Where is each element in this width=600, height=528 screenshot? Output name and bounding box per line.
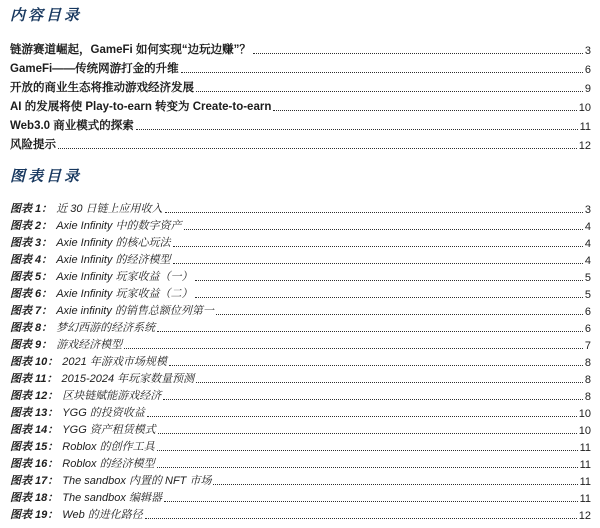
dot-leader <box>163 399 583 400</box>
entry-label: 2015-2024 年玩家数量预测 <box>61 370 194 386</box>
entry-page-number: 6 <box>585 64 591 76</box>
figure-toc-entry[interactable]: 图表 15： Roblox 的创作工具 11 <box>10 437 591 454</box>
figure-entry-number: 图表 10： <box>10 353 58 369</box>
entry-page-number: 4 <box>585 255 591 267</box>
figure-entry-number: 图表 19： <box>10 506 58 522</box>
entry-label: Web3.0 商业模式的探索 <box>10 117 134 133</box>
figure-entry-number: 图表 5： <box>10 268 52 284</box>
entry-page-number: 7 <box>585 340 591 352</box>
figure-toc-entry[interactable]: 图表 10： 2021 年游戏市场规模 8 <box>10 352 591 369</box>
entry-page-number: 3 <box>585 45 591 57</box>
dot-leader <box>145 518 577 519</box>
figure-toc-entry[interactable]: 图表 11： 2015-2024 年玩家数量预测 8 <box>10 369 591 386</box>
figure-entry-number: 图表 18： <box>10 489 58 505</box>
entry-label: GameFi——传统网游打金的升维 <box>10 60 179 76</box>
entry-page-number: 11 <box>580 121 591 133</box>
dot-leader <box>157 331 583 332</box>
entry-page-number: 12 <box>579 140 591 152</box>
entry-label: 开放的商业生态将推动游戏经济发展 <box>10 79 194 95</box>
figure-toc-entry[interactable]: 图表 4： Axie Infinity 的经济模型 4 <box>10 250 591 267</box>
content-toc-heading: 内容目录 <box>10 6 591 26</box>
dot-leader <box>196 382 583 383</box>
figure-toc-entry[interactable]: 图表 13： YGG 的投资收益 10 <box>10 403 591 420</box>
figure-entry-number: 图表 15： <box>10 438 58 454</box>
entry-label: Axie Infinity 中的数字资产 <box>56 217 181 233</box>
entry-label: 链游赛道崛起，GameFi 如何实现“边玩边赚”？ <box>10 41 251 57</box>
entry-page-number: 5 <box>585 289 591 301</box>
dot-leader <box>196 91 583 92</box>
dot-leader <box>173 246 583 247</box>
entry-page-number: 8 <box>585 391 591 403</box>
entry-page-number: 11 <box>580 493 591 505</box>
entry-page-number: 10 <box>579 425 591 437</box>
figure-entry-number: 图表 8： <box>10 319 52 335</box>
entry-page-number: 8 <box>585 374 591 386</box>
entry-label: Roblox 的创作工具 <box>62 438 154 454</box>
entry-page-number: 3 <box>585 204 591 216</box>
dot-leader <box>169 365 583 366</box>
entry-page-number: 6 <box>585 323 591 335</box>
entry-label: Axie Infinity 玩家收益（一） <box>56 268 192 284</box>
figure-toc-entry[interactable]: 图表 12： 区块链赋能游戏经济 8 <box>10 386 591 403</box>
dot-leader <box>158 433 577 434</box>
entry-label: The sandbox 编辑器 <box>62 489 162 505</box>
figure-toc-entry[interactable]: 图表 17： The sandbox 内置的 NFT 市场 11 <box>10 471 591 488</box>
dot-leader <box>157 467 578 468</box>
content-toc-entry[interactable]: 链游赛道崛起，GameFi 如何实现“边玩边赚”？ 3 <box>10 38 591 57</box>
entry-page-number: 11 <box>580 459 591 471</box>
entry-label: YGG 资产租赁模式 <box>62 421 156 437</box>
figure-entry-number: 图表 3： <box>10 234 52 250</box>
dot-leader <box>195 297 583 298</box>
entry-page-number: 10 <box>579 102 591 114</box>
dot-leader <box>173 263 583 264</box>
figure-toc-entry[interactable]: 图表 16： Roblox 的经济模型 11 <box>10 454 591 471</box>
entry-label: Axie Infinity 的核心玩法 <box>56 234 170 250</box>
figure-toc-entry[interactable]: 图表 18： The sandbox 编辑器 11 <box>10 488 591 505</box>
entry-label: AI 的发展将使 Play-to-earn 转变为 Create-to-earn <box>10 98 271 114</box>
entry-label: Axie infinity 的销售总额位列第一 <box>56 302 214 318</box>
entry-page-number: 5 <box>585 272 591 284</box>
dot-leader <box>216 314 583 315</box>
content-toc-entry[interactable]: Web3.0 商业模式的探索 11 <box>10 114 591 133</box>
figure-entry-number: 图表 17： <box>10 472 58 488</box>
entry-label: Roblox 的经济模型 <box>62 455 154 471</box>
dot-leader <box>273 110 576 111</box>
figure-entry-number: 图表 13： <box>10 404 58 420</box>
figure-entry-number: 图表 9： <box>10 336 52 352</box>
entry-page-number: 11 <box>580 476 591 488</box>
figure-entry-number: 图表 16： <box>10 455 58 471</box>
figure-entry-number: 图表 11： <box>10 370 57 386</box>
dot-leader <box>124 348 583 349</box>
content-toc-entry[interactable]: 开放的商业生态将推动游戏经济发展 9 <box>10 76 591 95</box>
entry-label: 区块链赋能游戏经济 <box>62 387 161 403</box>
dot-leader <box>213 484 577 485</box>
entry-label: 梦幻西游的经济系统 <box>56 319 155 335</box>
figure-entry-number: 图表 6： <box>10 285 52 301</box>
figure-toc-entry[interactable]: 图表 1： 近 30 日链上应用收入 3 <box>10 199 591 216</box>
content-toc-entry[interactable]: 风险提示 12 <box>10 133 591 152</box>
dot-leader <box>184 229 583 230</box>
entry-label: The sandbox 内置的 NFT 市场 <box>62 472 211 488</box>
dot-leader <box>165 212 583 213</box>
content-toc-list: 链游赛道崛起，GameFi 如何实现“边玩边赚”？ 3 GameFi——传统网游… <box>10 38 591 152</box>
dot-leader <box>136 129 578 130</box>
dot-leader <box>157 450 578 451</box>
dot-leader <box>164 501 578 502</box>
entry-page-number: 6 <box>585 306 591 318</box>
figure-toc-entry[interactable]: 图表 14： YGG 资产租赁模式 10 <box>10 420 591 437</box>
entry-label: 风险提示 <box>10 136 56 152</box>
dot-leader <box>147 416 577 417</box>
entry-page-number: 12 <box>579 510 591 522</box>
entry-page-number: 4 <box>585 238 591 250</box>
entry-page-number: 11 <box>580 442 591 454</box>
dot-leader <box>195 280 583 281</box>
figure-toc-entry[interactable]: 图表 9： 游戏经济模型 7 <box>10 335 591 352</box>
figure-toc-entry[interactable]: 图表 8： 梦幻西游的经济系统 6 <box>10 318 591 335</box>
dot-leader <box>58 148 577 149</box>
figure-toc-list: 图表 1： 近 30 日链上应用收入 3 图表 2： Axie Infinity… <box>10 199 591 522</box>
entry-page-number: 4 <box>585 221 591 233</box>
entry-label: 近 30 日链上应用收入 <box>56 200 162 216</box>
figure-toc-entry[interactable]: 图表 6： Axie Infinity 玩家收益（二） 5 <box>10 284 591 301</box>
entry-label: Axie Infinity 的经济模型 <box>56 251 170 267</box>
entry-page-number: 9 <box>585 83 591 95</box>
figure-toc-entry[interactable]: 图表 3： Axie Infinity 的核心玩法 4 <box>10 233 591 250</box>
dot-leader <box>253 53 583 54</box>
toc-page: 内容目录 链游赛道崛起，GameFi 如何实现“边玩边赚”？ 3 GameFi—… <box>0 0 600 528</box>
figure-entry-number: 图表 7： <box>10 302 52 318</box>
figure-toc-heading: 图表目录 <box>10 167 591 187</box>
entry-label: YGG 的投资收益 <box>62 404 145 420</box>
figure-entry-number: 图表 12： <box>10 387 58 403</box>
content-toc-entry[interactable]: AI 的发展将使 Play-to-earn 转变为 Create-to-earn… <box>10 95 591 114</box>
entry-label: 游戏经济模型 <box>56 336 122 352</box>
figure-toc-entry[interactable]: 图表 2： Axie Infinity 中的数字资产 4 <box>10 216 591 233</box>
entry-label: 2021 年游戏市场规模 <box>62 353 167 369</box>
entry-label: Axie Infinity 玩家收益（二） <box>56 285 192 301</box>
figure-entry-number: 图表 1： <box>10 200 52 216</box>
dot-leader <box>181 72 583 73</box>
entry-page-number: 10 <box>579 408 591 420</box>
figure-toc-entry[interactable]: 图表 5： Axie Infinity 玩家收益（一） 5 <box>10 267 591 284</box>
figure-entry-number: 图表 4： <box>10 251 52 267</box>
entry-page-number: 8 <box>585 357 591 369</box>
content-toc-entry[interactable]: GameFi——传统网游打金的升维 6 <box>10 57 591 76</box>
figure-entry-number: 图表 14： <box>10 421 58 437</box>
figure-toc-entry[interactable]: 图表 19： Web 的进化路径 12 <box>10 505 591 522</box>
entry-label: Web 的进化路径 <box>62 506 142 522</box>
figure-entry-number: 图表 2： <box>10 217 52 233</box>
figure-toc-entry[interactable]: 图表 7： Axie infinity 的销售总额位列第一 6 <box>10 301 591 318</box>
